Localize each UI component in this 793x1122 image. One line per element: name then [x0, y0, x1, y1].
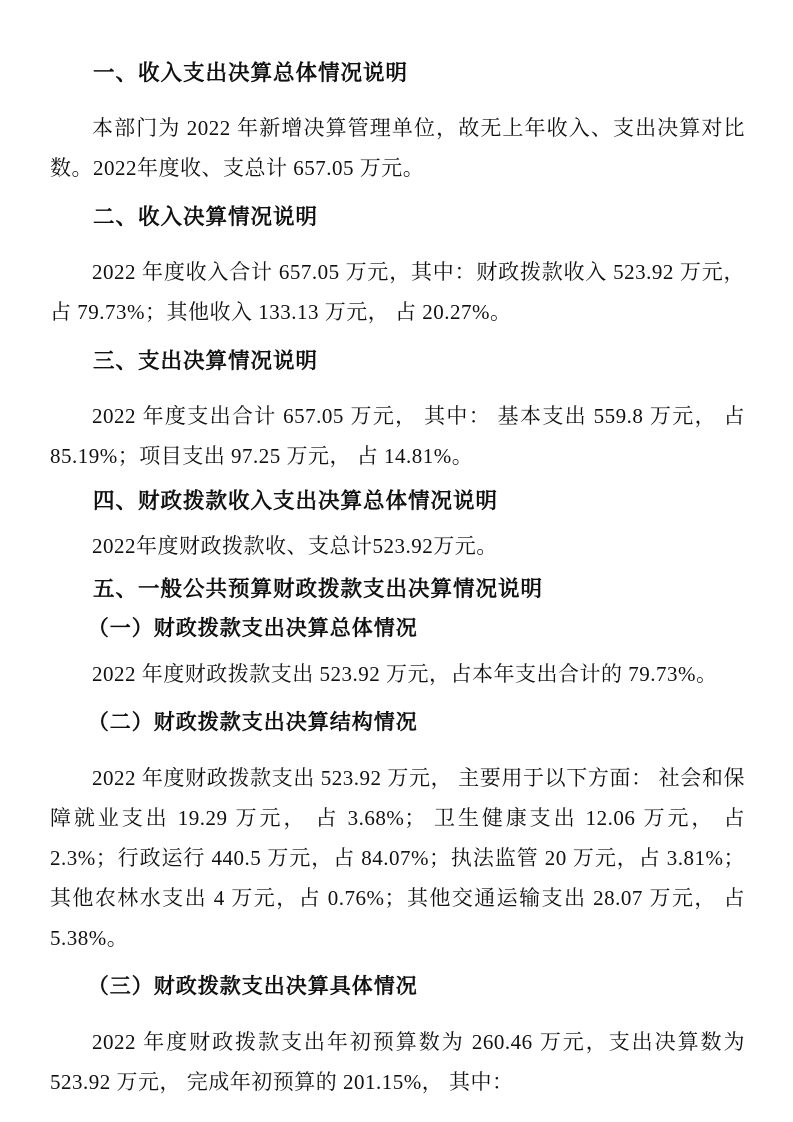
section-2-paragraph: 2022 年度收入合计 657.05 万元，其中：财政拨款收入 523.92 万…: [50, 252, 745, 332]
section-1-heading: 一、收入支出决算总体情况说明: [50, 58, 745, 88]
section-5-heading: 五、一般公共预算财政拨款支出决算情况说明: [50, 574, 745, 604]
section-2-heading: 二、收入决算情况说明: [50, 202, 745, 232]
document-page: 一、收入支出决算总体情况说明 本部门为 2022 年新增决算管理单位，故无上年收…: [0, 0, 793, 1122]
section-1-paragraph: 本部门为 2022 年新增决算管理单位，故无上年收入、支出决算对比数。2022年…: [50, 108, 745, 188]
section-5-1-paragraph: 2022 年度财政拨款支出 523.92 万元，占本年支出合计的 79.73%。: [50, 654, 745, 694]
section-3-paragraph: 2022 年度支出合计 657.05 万元， 其中： 基本支出 559.8 万元…: [50, 396, 745, 476]
section-5-1-heading: （一）财政拨款支出决算总体情况: [50, 614, 745, 644]
section-3-heading: 三、支出决算情况说明: [50, 346, 745, 376]
section-5-3-paragraph: 2022 年度财政拨款支出年初预算数为 260.46 万元，支出决算数为 523…: [50, 1022, 745, 1102]
section-5-2-heading: （二）财政拨款支出决算结构情况: [50, 708, 745, 738]
section-4-heading: 四、财政拨款收入支出决算总体情况说明: [50, 486, 745, 516]
section-5-2-paragraph: 2022 年度财政拨款支出 523.92 万元， 主要用于以下方面： 社会和保障…: [50, 758, 745, 958]
section-4-paragraph: 2022年度财政拨款收、支总计523.92万元。: [50, 526, 745, 566]
section-5-3-heading: （三）财政拨款支出决算具体情况: [50, 972, 745, 1002]
